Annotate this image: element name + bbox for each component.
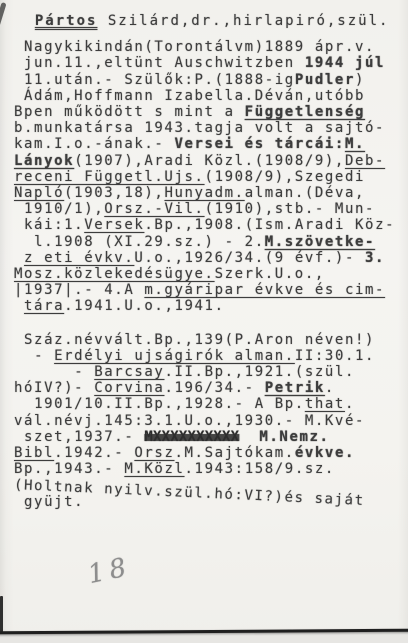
text-line: Bibl.1942.- Orsz.M.Sajtókam.évkve. — [14, 445, 406, 461]
text-line: Nagykikindán(Torontálvm)1889 ápr.v. — [14, 39, 406, 55]
text-segment: .II.Bp.,1921.(szül. — [164, 364, 355, 380]
text-line: - Barcsay.II.Bp.,1921.(szül. — [14, 364, 406, 380]
text-segment — [239, 429, 259, 445]
text-segment: (1903,18), — [64, 185, 164, 201]
text-segment: M.Közl — [124, 461, 184, 477]
text-segment: Szilárd,dr.,hirlapiró,szül. — [97, 13, 389, 29]
text-segment: Bpen működött s mint a — [14, 104, 245, 120]
text-segment: 1944 júl — [305, 55, 385, 71]
text-segment: .1942.- — [54, 445, 134, 461]
text-segment: évkve. — [295, 445, 355, 461]
text-line: kái:1.Versek.Bp.,1908.(Ism.Aradi Köz- — [14, 217, 406, 233]
text-segment: that — [305, 396, 345, 412]
text-segment: Versek — [84, 217, 144, 233]
text-line: kam.I.o.-ának.- Versei és tárcái:M. — [14, 136, 406, 152]
text-line: 1901/10.II.Bp.,1928.- A Bp.that. — [14, 396, 406, 412]
text-line: vál.névj.145:3.1.U.o.,1930.- M.Kvé- — [14, 413, 406, 429]
text-line: b.munkatársa 1943.tagja volt a sajtó- — [14, 120, 406, 136]
text-segment: .M.Sajtókam. — [174, 445, 294, 461]
text-line: jun.11.,eltünt Auschwitzben 1944 júl — [14, 55, 406, 71]
text-segment: . — [325, 380, 335, 396]
text-line: tára.1941.U.o.,1941. — [14, 298, 406, 314]
text-segment: ) — [355, 72, 365, 88]
text-segment: Száz.névvált.Bp.,139(P.Aron néven!) — [24, 332, 375, 348]
text-line: Bpen működött s mint a Függetlenség — [14, 104, 406, 120]
text-segment: Szerk.U.o., — [215, 266, 325, 282]
text-segment: Corvina — [94, 380, 164, 396]
text-segment: .196/34.- — [164, 380, 264, 396]
text-segment: |1937|.- 4.A — [14, 282, 144, 298]
text-segment: .1943:158/9.sz. — [185, 461, 335, 477]
scanned-document-page: { "page": { "handwritten_page_number": "… — [0, 0, 408, 643]
text-segment: (1907),Aradi Közl.(1908/9), — [74, 153, 345, 169]
text-segment: .1941.U.o.,1941. — [64, 298, 224, 314]
text-segment: Barcsay — [94, 364, 164, 380]
left-edge-mark — [0, 596, 3, 632]
text-segment: - — [74, 364, 94, 380]
text-line: Száz.névvált.Bp.,139(P.Aron néven!) — [14, 332, 406, 348]
text-segment: (1908/9),Szegedi — [205, 169, 365, 185]
text-segment: Deb- — [345, 153, 385, 169]
text-line: Bp.,1943.- M.Közl.1943:158/9.sz. — [14, 461, 406, 477]
text-line: l.1908 (XI.29.sz.) - 2.M.szövetke- — [14, 234, 406, 250]
text-segment: Mosz.közlekedésügye. — [14, 266, 215, 282]
text-segment: jun.11.,eltünt Auschwitzben — [24, 55, 305, 71]
text-line: z eti évkv.U.o.,1926/34.(9 évf.)- 3. — [14, 250, 406, 266]
text-segment: 11.után.- Szülők:P.(1888-ig — [24, 72, 295, 88]
text-segment: MXXXXXXXXXX — [144, 429, 239, 445]
text-segment: Függetlenség — [245, 104, 365, 120]
text-line: Pártos Szilárd,dr.,hirlapiró,szül. — [14, 13, 406, 29]
text-line: Mosz.közlekedésügye.Szerk.U.o., — [14, 266, 406, 282]
text-line: hóIV?)- Corvina.196/34.- Petrik. — [14, 380, 406, 396]
text-segment: M. — [345, 136, 365, 152]
typewritten-text: Pártos Szilárd,dr.,hirlapiró,szül. Nagyk… — [14, 13, 406, 510]
text-segment: z eti évkv. — [24, 250, 134, 266]
text-segment: Napló — [14, 185, 64, 201]
text-line: Ádám,Hoffmann Izabella.Déván,utóbb — [14, 88, 406, 104]
text-segment: Orsz — [134, 445, 174, 461]
text-segment: Lányok — [14, 153, 74, 169]
text-segment: Pudler — [295, 72, 355, 88]
text-segment: Erdélyi ujságirók alman. — [54, 348, 295, 364]
text-line: |1937|.- 4.A m.gyáripar évkve és cim- — [14, 282, 406, 298]
text-segment: receni Függetl.Ujs. — [14, 169, 205, 185]
text-segment: Petrik — [265, 380, 325, 396]
text-segment: - — [34, 348, 54, 364]
text-segment: Bp.,1943.- — [14, 461, 124, 477]
text-segment: (1910),stb.- Mun- — [205, 201, 376, 217]
text-segment: tára — [24, 298, 64, 314]
text-segment: szet,1937.- — [24, 429, 144, 445]
text-segment: U.o.,1926/34.(9 évf.)- — [134, 250, 365, 266]
text-segment: M.szövetke- — [265, 234, 375, 250]
text-segment: vál.névj.145:3.1.U.o.,1930.- M.Kvé- — [14, 413, 365, 429]
text-line: Lányok(1907),Aradi Közl.(1908/9),Deb- — [14, 153, 406, 169]
text-segment: M.Nemz. — [259, 429, 329, 445]
text-segment: Hunyadm. — [164, 185, 244, 201]
text-segment: . — [345, 396, 355, 412]
text-segment: hóIV?)- — [14, 380, 94, 396]
text-segment: b.munkatársa 1943.tagja volt a sajtó- — [14, 120, 385, 136]
text-line: szet,1937.- MXXXXXXXXXX M.Nemz. — [14, 429, 406, 445]
text-segment: 3. — [365, 250, 385, 266]
text-line: 11.után.- Szülők:P.(1888-igPudler) — [14, 72, 406, 88]
text-segment: 1910/1), — [24, 201, 104, 217]
text-segment: Versei és tárcái: — [174, 136, 345, 152]
text-segment: m.gyáripar évkve és cim- — [144, 282, 385, 298]
text-segment: Bibl — [14, 445, 54, 461]
text-segment: Nagykikindán(Torontálvm)1889 ápr.v. — [24, 39, 375, 55]
text-line: Napló(1903,18),Hunyadm.alman.(Déva, — [14, 185, 406, 201]
text-segment: Pártos — [35, 13, 98, 29]
text-segment: Orsz.-Vil. — [104, 201, 204, 217]
text-segment: kam.I.o.-ának.- — [14, 136, 174, 152]
text-line: receni Függetl.Ujs.(1908/9),Szegedi — [14, 169, 406, 185]
text-segment: Ádám,Hoffmann Izabella.Déván,utóbb — [24, 88, 365, 104]
text-segment: II:30.1. — [295, 348, 375, 364]
text-segment: 1901/10.II.Bp.,1928.- A Bp. — [34, 396, 305, 412]
text-segment: kái:1. — [24, 217, 84, 233]
text-line: - Erdélyi ujságirók alman.II:30.1. — [14, 348, 406, 364]
text-segment: l.1908 (XI.29.sz.) - 2. — [34, 234, 265, 250]
text-line: 1910/1),Orsz.-Vil.(1910),stb.- Mun- — [14, 201, 406, 217]
text-segment: alman.(Déva, — [245, 185, 365, 201]
text-segment: .Bp.,1908.(Ism.Aradi Köz- — [144, 217, 395, 233]
text-segment: gyüjt. — [24, 494, 84, 510]
